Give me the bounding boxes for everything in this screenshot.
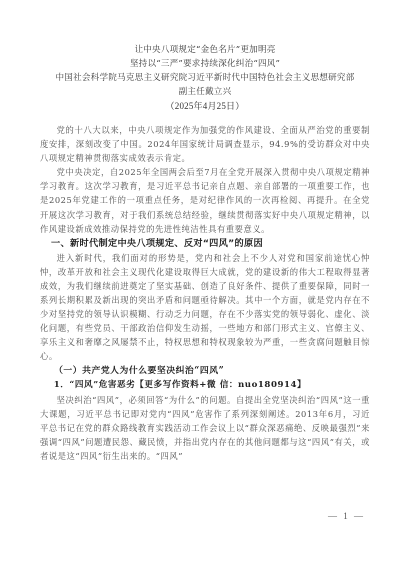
item-1-paragraph: 坚决纠治“四风”，必须回答“为什么”的问题。自提出全党坚决纠治“四风”这一重大课… bbox=[40, 393, 370, 463]
document-header: 让中央八项规定“金色名片”更加明亮 坚持以“三严”要求持续深化纠治“四风” 中国… bbox=[0, 43, 410, 113]
document-date: （2025年4月25日） bbox=[0, 99, 410, 113]
item-heading-1: 1．“四风”危害恶劣【更多写作资料+微 信：nuo180914】 bbox=[40, 378, 370, 393]
author-affiliation: 中国社会科学院马克思主义研究院习近平新时代中国特色社会主义思想研究部 bbox=[0, 71, 410, 85]
document-subtitle: 坚持以“三严”要求持续深化纠治“四风” bbox=[0, 57, 410, 71]
document-title: 让中央八项规定“金色名片”更加明亮 bbox=[0, 43, 410, 57]
page-number: — 1 — bbox=[328, 511, 365, 521]
author-name: 副主任戴立兴 bbox=[0, 85, 410, 99]
intro-paragraph-2: 党中央决定，自2025年全国两会后至7月在全党开展深入贯彻中央八项规定精神学习教… bbox=[40, 165, 370, 235]
subsection-heading-1: （一）共产党人为什么要坚决纠治“四风” bbox=[40, 364, 370, 379]
document-page: 让中央八项规定“金色名片”更加明亮 坚持以“三严”要求持续深化纠治“四风” 中国… bbox=[0, 0, 410, 580]
section-1-paragraph: 进入新时代，我们面对的形势是，党内和社会上不少人对党和国家前途忧心忡忡，改革开放… bbox=[40, 251, 370, 364]
section-heading-1: 一、新时代制定中央八项规定、反对“四风”的原因 bbox=[40, 236, 370, 251]
intro-paragraph-1: 党的十八大以来，中央八项规定作为加强党的作风建设、全面从严治党的重要制度安排，深… bbox=[40, 123, 370, 165]
document-body: 党的十八大以来，中央八项规定作为加强党的作风建设、全面从严治党的重要制度安排，深… bbox=[40, 123, 370, 463]
